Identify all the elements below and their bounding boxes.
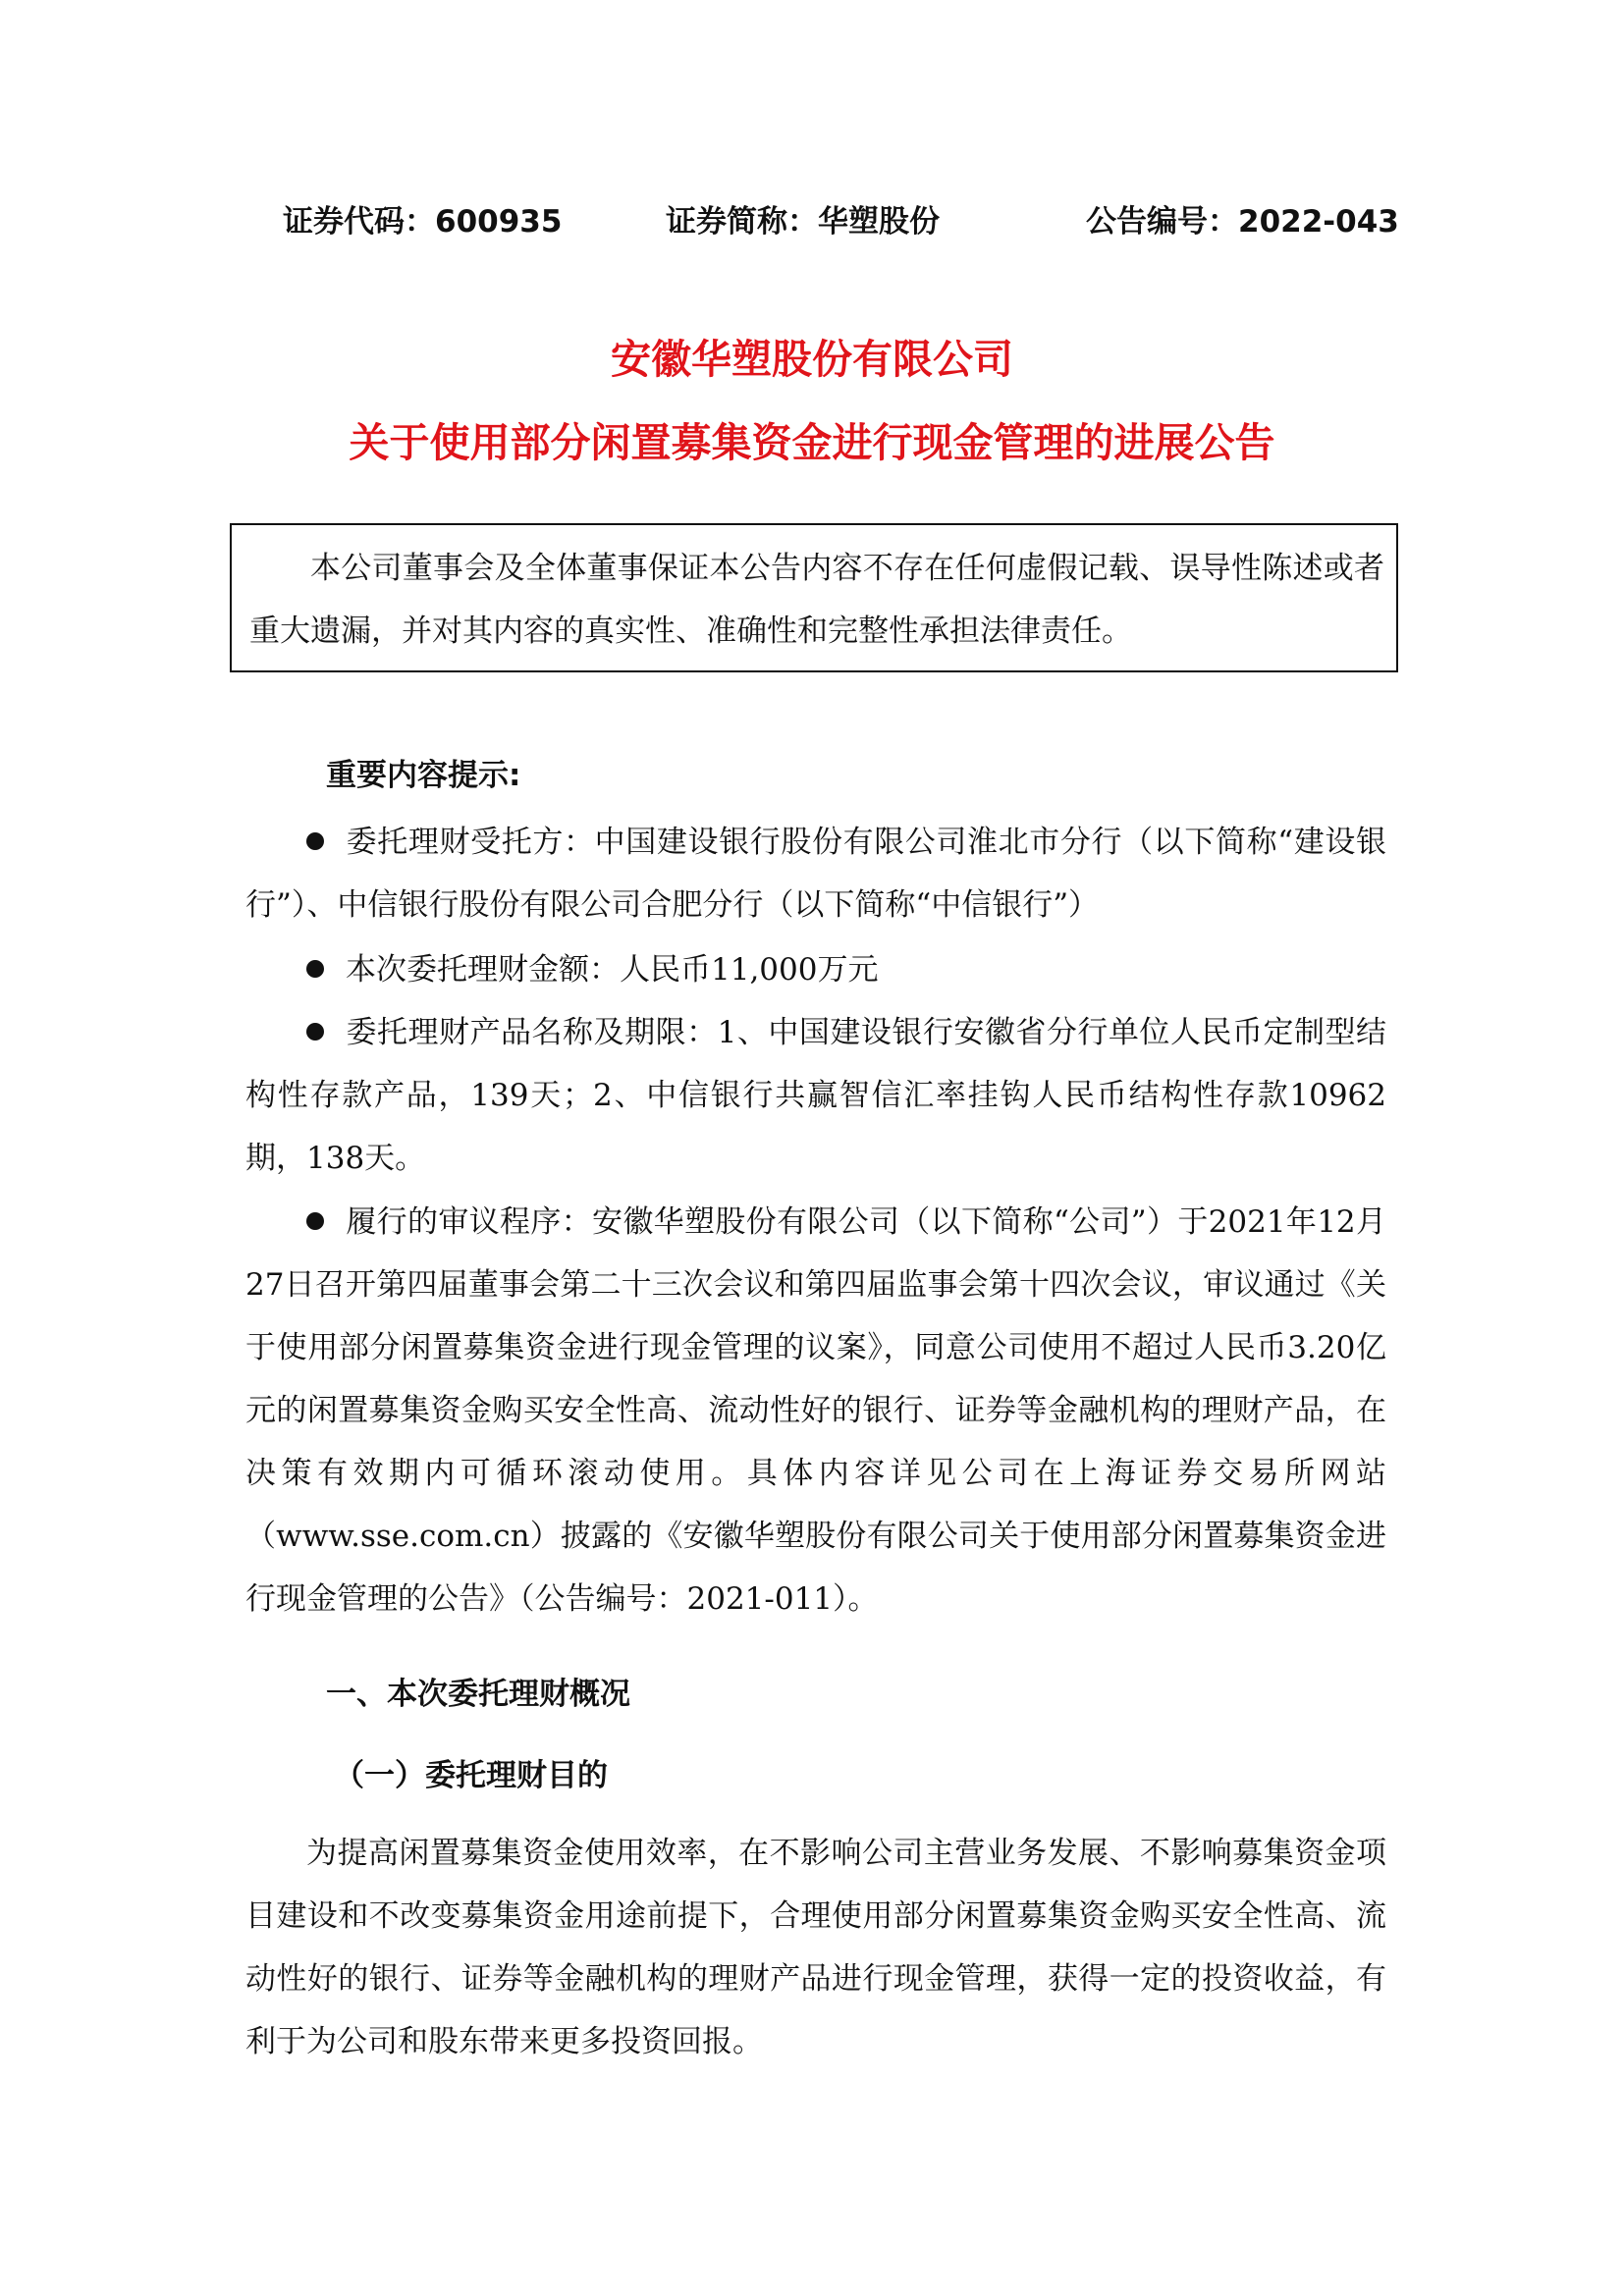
disclaimer-box: 本公司董事会及全体董事保证本公告内容不存在任何虚假记载、误导性陈述或者重大遗漏，… (230, 523, 1398, 672)
key-point-item: 履行的审议程序：安徽华塑股份有限公司（以下简称“公司”）于2021年12月27日… (245, 1191, 1386, 1630)
section-heading: 一、本次委托理财概况 (326, 1669, 630, 1713)
bullet-icon (306, 1212, 324, 1230)
key-point-item: 委托理财产品名称及期限：1、中国建设银行安徽省分行单位人民币定制型结构性存款产品… (245, 1001, 1386, 1190)
bullet-icon (306, 1023, 324, 1041)
subsection-heading: （一）委托理财目的 (334, 1750, 608, 1794)
document-header: 证券代码：600935 证券简称：华塑股份 公告编号：2022-043 (283, 196, 1392, 245)
key-point-item: 本次委托理财金额：人民币11,000万元 (245, 938, 1386, 1001)
company-title: 安徽华塑股份有限公司 (0, 327, 1624, 385)
key-point-item: 委托理财受托方：中国建设银行股份有限公司淮北市分行（以下简称“建设银行”）、中信… (245, 811, 1386, 936)
stock-code: 证券代码：600935 (283, 196, 562, 240)
body-paragraph: 为提高闲置募集资金使用效率，在不影响公司主营业务发展、不影响募集资金项目建设和不… (245, 1822, 1386, 2073)
disclaimer-text: 本公司董事会及全体董事保证本公告内容不存在任何虚假记载、误导性陈述或者重大遗漏，… (249, 537, 1384, 663)
announcement-title: 关于使用部分闲置募集资金进行现金管理的进展公告 (0, 410, 1624, 468)
bullet-icon (306, 832, 324, 850)
key-points-heading: 重要内容提示: (326, 750, 520, 794)
stock-name: 证券简称：华塑股份 (666, 196, 940, 240)
bullet-icon (306, 960, 324, 978)
announcement-number: 公告编号：2022-043 (1086, 196, 1399, 240)
